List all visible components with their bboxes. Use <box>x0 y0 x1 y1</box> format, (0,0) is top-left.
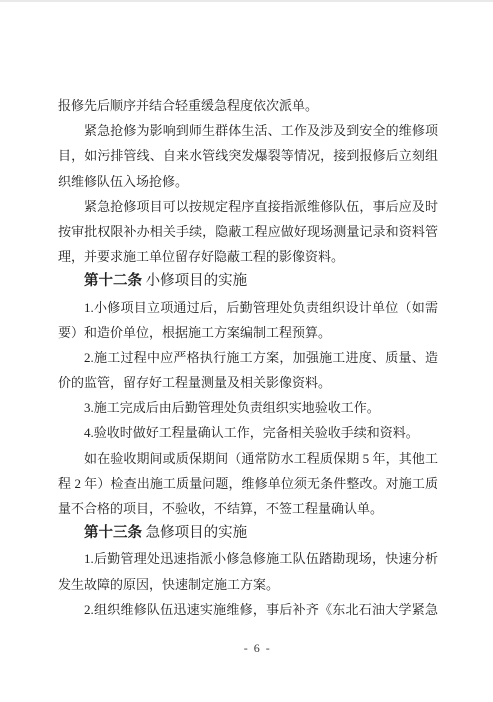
line-text: 程 2 年）检查出施工质量问题，维修单位须无条件整改。对施工质 <box>58 476 438 491</box>
document-body: 报修先后顺序并结合轻重缓急程度依次派单。紧急抢修为影响到师生群体生活、工作及涉及… <box>58 93 438 622</box>
line-text: 织维修队伍入场抢修。 <box>58 174 188 189</box>
text-line: 织维修队伍入场抢修。 <box>58 169 438 194</box>
line-text: 3.施工完成后由后勤管理处负责组织实地验收工作。 <box>84 400 380 415</box>
text-line: 4.验收时做好工程量确认工作，完备相关验收手续和资料。 <box>58 420 438 445</box>
text-line: 要）和造价单位，根据施工方案编制工程预算。 <box>58 320 438 345</box>
document-page: 报修先后顺序并结合轻重缓急程度依次派单。紧急抢修为影响到师生群体生活、工作及涉及… <box>0 0 493 702</box>
text-line: 价的监管，留存好工程量测量及相关影像资料。 <box>58 370 438 395</box>
section-number: 第十三条 <box>84 525 142 541</box>
line-text: 急修项目的实施 <box>142 525 247 541</box>
line-text: 2.施工过程中应严格执行施工方案，加强施工进度、质量、造 <box>84 350 438 365</box>
line-text: 2.组织维修队伍迅速实施维修，事后补齐《东北石油大学紧急 <box>84 602 438 617</box>
text-line: 1.后勤管理处迅速指派小修急修施工队伍踏勘现场，快速分析 <box>58 546 438 571</box>
text-line: 目，如污排管线、自来水管线突发爆裂等情况，接到报修后立刻组 <box>58 143 438 168</box>
line-text: 价的监管，留存好工程量测量及相关影像资料。 <box>58 375 331 390</box>
text-line: 按审批权限补办相关手续，隐蔽工程应做好现场测量记录和资料管 <box>58 219 438 244</box>
line-text: 量不合格的项目，不验收，不结算，不签工程量确认单。 <box>58 501 383 516</box>
line-text: 紧急抢修为影响到师生群体生活、工作及涉及到安全的维修项 <box>84 123 438 138</box>
text-line: 3.施工完成后由后勤管理处负责组织实地验收工作。 <box>58 395 438 420</box>
line-text: 目，如污排管线、自来水管线突发爆裂等情况，接到报修后立刻组 <box>58 148 438 163</box>
line-text: 小修项目的实施 <box>142 273 247 289</box>
line-text: 如在验收期间或质保期间（通常防水工程质保期 5 年，其他工 <box>84 451 438 466</box>
line-text: 4.验收时做好工程量确认工作，完备相关验收手续和资料。 <box>84 425 419 440</box>
text-line: 理，并要求施工单位留存好隐蔽工程的影像资料。 <box>58 244 438 269</box>
text-line: 2.组织维修队伍迅速实施维修，事后补齐《东北石油大学紧急 <box>58 597 438 622</box>
line-text: 按审批权限补办相关手续，隐蔽工程应做好现场测量记录和资料管 <box>58 224 438 239</box>
text-line: 程 2 年）检查出施工质量问题，维修单位须无条件整改。对施工质 <box>58 471 438 496</box>
page-top-edge <box>0 0 493 2</box>
text-line: 紧急抢修项目可以按规定程序直接指派维修队伍，事后应及时 <box>58 194 438 219</box>
text-line: 如在验收期间或质保期间（通常防水工程质保期 5 年，其他工 <box>58 446 438 471</box>
heading-line: 第十二条 小修项目的实施 <box>58 269 438 294</box>
line-text: 要）和造价单位，根据施工方案编制工程预算。 <box>58 325 331 340</box>
text-line: 报修先后顺序并结合轻重缓急程度依次派单。 <box>58 93 438 118</box>
text-line: 紧急抢修为影响到师生群体生活、工作及涉及到安全的维修项 <box>58 118 438 143</box>
page-number: - 6 - <box>22 641 493 655</box>
text-line: 1.小修项目立项通过后，后勤管理处负责组织设计单位（如需 <box>58 295 438 320</box>
section-number: 第十二条 <box>84 273 142 289</box>
line-text: 1.后勤管理处迅速指派小修急修施工队伍踏勘现场，快速分析 <box>84 551 438 566</box>
line-text: 理，并要求施工单位留存好隐蔽工程的影像资料。 <box>58 249 344 264</box>
text-line: 量不合格的项目，不验收，不结算，不签工程量确认单。 <box>58 496 438 521</box>
line-text: 1.小修项目立项通过后，后勤管理处负责组织设计单位（如需 <box>84 300 438 315</box>
line-text: 报修先后顺序并结合轻重缓急程度依次派单。 <box>58 98 318 113</box>
text-line: 发生故障的原因，快速制定施工方案。 <box>58 572 438 597</box>
line-text: 紧急抢修项目可以按规定程序直接指派维修队伍，事后应及时 <box>84 199 438 214</box>
heading-line: 第十三条 急修项目的实施 <box>58 521 438 546</box>
text-line: 2.施工过程中应严格执行施工方案，加强施工进度、质量、造 <box>58 345 438 370</box>
line-text: 发生故障的原因，快速制定施工方案。 <box>58 577 279 592</box>
